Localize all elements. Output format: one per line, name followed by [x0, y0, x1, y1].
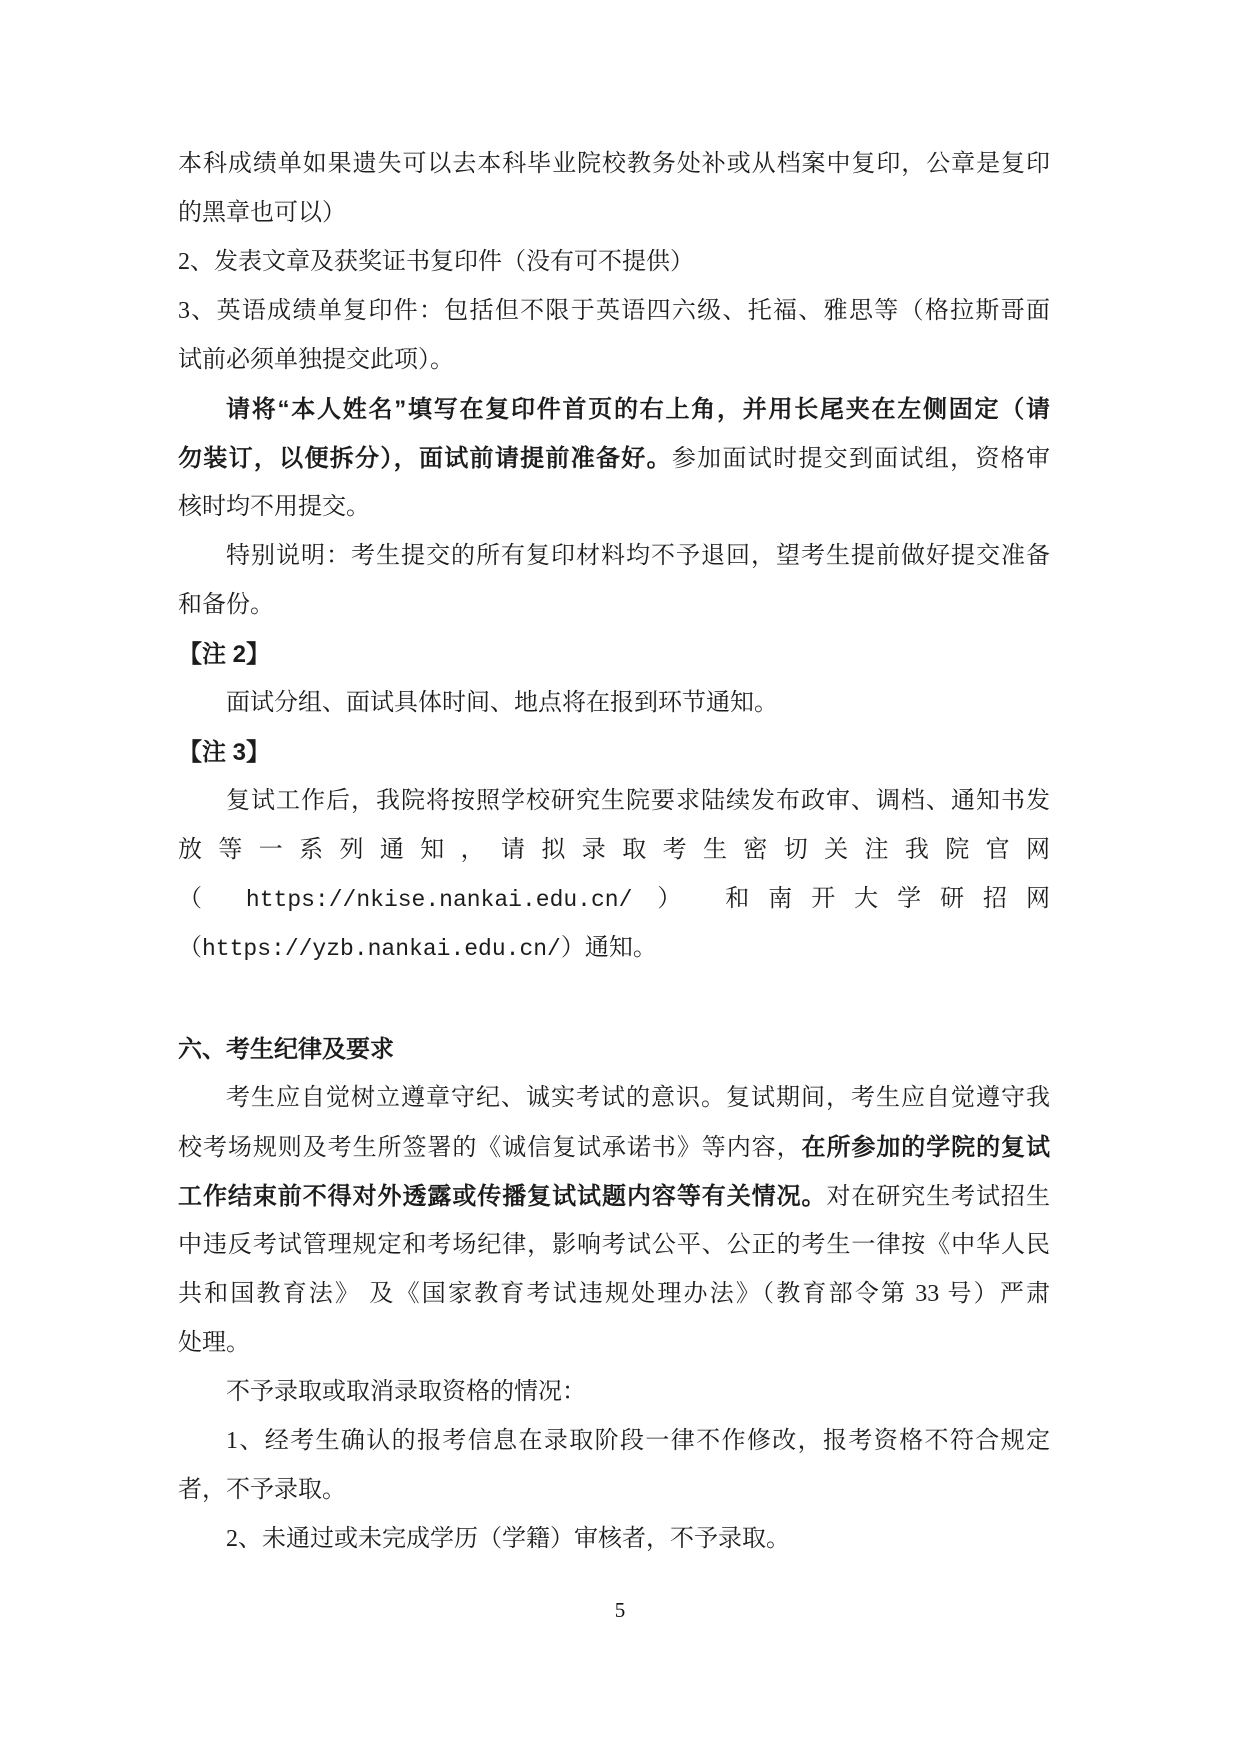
- text-line: 放等一系列通知，请拟录取考生密切关注我院官网: [178, 826, 1050, 875]
- bold-text-segment: 【注 3】: [178, 739, 270, 766]
- bold-text-segment: 请将“本人姓名”填写在复印件首页的右上角，并用长尾夹在左侧固定（请: [226, 396, 1050, 423]
- text-segment: 中违反考试管理规定和考场纪律，影响考试公平、公正的考生一律按《中华人民: [178, 1232, 1050, 1258]
- text-line: 面试分组、面试具体时间、地点将在报到环节通知。: [178, 679, 1050, 728]
- bold-text-segment: 勿装订，以便拆分），面试前请提前准备好。: [178, 445, 672, 472]
- text-line: 考生应自觉树立遵章守纪、诚实考试的意识。复试期间，考生应自觉遵守我: [178, 1074, 1050, 1123]
- text-segment: 对在研究生考试招生: [826, 1184, 1050, 1210]
- text-line: 不予录取或取消录取资格的情况：: [178, 1368, 1050, 1417]
- text-segment: 核时均不用提交。: [178, 494, 370, 520]
- text-line: 处理。: [178, 1319, 1050, 1368]
- note-2-heading: 【注 2】: [178, 630, 1050, 679]
- bold-text-segment: 六、考生纪律及要求: [178, 1036, 394, 1063]
- text-segment: （: [178, 886, 246, 912]
- text-segment: 参加面试时提交到面试组，资格审: [672, 446, 1050, 472]
- text-segment: 校考场规则及考生所签署的《诚信复试承诺书》等内容，: [178, 1135, 802, 1161]
- url-text: https://nkise.nankai.edu.cn/: [246, 887, 632, 913]
- text-line: 核时均不用提交。: [178, 483, 1050, 532]
- text-segment: 复试工作后，我院将按照学校研究生院要求陆续发布政审、调档、通知书发: [226, 788, 1050, 814]
- list-item-2: 2、发表文章及获奖证书复印件（没有可不提供）: [178, 238, 1050, 287]
- bold-text-segment: 【注 2】: [178, 641, 270, 668]
- url-text: https://yzb.nankai.edu.cn/: [202, 936, 561, 962]
- text-line: 校考场规则及考生所签署的《诚信复试承诺书》等内容，在所参加的学院的复试: [178, 1123, 1050, 1172]
- text-line: 试前必须单独提交此项）。: [178, 336, 1050, 385]
- text-line-url: （https://yzb.nankai.edu.cn/）通知。: [178, 924, 1050, 973]
- section-heading: 六、考生纪律及要求: [178, 1025, 1050, 1074]
- text-segment: 面试分组、面试具体时间、地点将在报到环节通知。: [226, 690, 778, 716]
- text-segment: 试前必须单独提交此项）。: [178, 347, 454, 373]
- text-segment: 考生应自觉树立遵章守纪、诚实考试的意识。复试期间，考生应自觉遵守我: [226, 1085, 1050, 1111]
- document-body: 本科成绩单如果遗失可以去本科毕业院校教务处补或从档案中复印，公章是复印的黑章也可…: [178, 140, 1050, 1564]
- text-line: 本科成绩单如果遗失可以去本科毕业院校教务处补或从档案中复印，公章是复印: [178, 140, 1050, 189]
- text-segment: 不予录取或取消录取资格的情况：: [226, 1379, 586, 1405]
- list-item-1: 1、经考生确认的报考信息在录取阶段一律不作修改，报考资格不符合规定: [178, 1417, 1050, 1466]
- list-item-3: 3、英语成绩单复印件：包括但不限于英语四六级、托福、雅思等（格拉斯哥面: [178, 287, 1050, 336]
- text-segment: 和南开大学研招网: [725, 886, 1050, 912]
- page-number: 5: [0, 1598, 1240, 1623]
- text-segment: 处理。: [178, 1330, 250, 1356]
- text-segment: 放等一系列通知，请拟录取考生密切关注我院官网: [178, 837, 1050, 863]
- text-line: 中违反考试管理规定和考场纪律，影响考试公平、公正的考生一律按《中华人民: [178, 1221, 1050, 1270]
- text-line: 和备份。: [178, 581, 1050, 630]
- note-3-heading: 【注 3】: [178, 728, 1050, 777]
- text-segment: 的黑章也可以）: [178, 200, 346, 226]
- text-line: 请将“本人姓名”填写在复印件首页的右上角，并用长尾夹在左侧固定（请: [178, 385, 1050, 434]
- text-segment: 2、发表文章及获奖证书复印件（没有可不提供）: [178, 249, 694, 275]
- text-segment: 特别说明：考生提交的所有复印材料均不予退回，望考生提前做好提交准备: [226, 543, 1050, 569]
- text-segment: 1、经考生确认的报考信息在录取阶段一律不作修改，报考资格不符合规定: [226, 1428, 1050, 1454]
- text-line: 的黑章也可以）: [178, 189, 1050, 238]
- text-segment: 共和国教育法》 及《国家教育考试违规处理办法》（教育部令第 33 号）严肃: [178, 1281, 1050, 1307]
- text-segment: ）: [632, 886, 725, 912]
- text-line: 复试工作后，我院将按照学校研究生院要求陆续发布政审、调档、通知书发: [178, 777, 1050, 826]
- text-segment: 2、未通过或未完成学历（学籍）审核者，不予录取。: [226, 1526, 790, 1552]
- document-page: 本科成绩单如果遗失可以去本科毕业院校教务处补或从档案中复印，公章是复印的黑章也可…: [0, 0, 1240, 1754]
- text-segment: 3、英语成绩单复印件：包括但不限于英语四六级、托福、雅思等（格拉斯哥面: [178, 298, 1050, 324]
- text-line: 工作结束前不得对外透露或传播复试试题内容等有关情况。对在研究生考试招生: [178, 1172, 1050, 1221]
- text-line: 共和国教育法》 及《国家教育考试违规处理办法》（教育部令第 33 号）严肃: [178, 1270, 1050, 1319]
- text-line-url: （ https://nkise.nankai.edu.cn/ ） 和南开大学研招…: [178, 875, 1050, 924]
- bold-text-segment: 工作结束前不得对外透露或传播复试试题内容等有关情况。: [178, 1183, 826, 1210]
- text-segment: ）通知。: [561, 935, 657, 961]
- text-line: 者，不予录取。: [178, 1466, 1050, 1515]
- bold-text-segment: 在所参加的学院的复试: [802, 1134, 1050, 1161]
- text-line: 勿装订，以便拆分），面试前请提前准备好。参加面试时提交到面试组，资格审: [178, 434, 1050, 483]
- text-line: 特别说明：考生提交的所有复印材料均不予退回，望考生提前做好提交准备: [178, 532, 1050, 581]
- text-segment: 和备份。: [178, 592, 274, 618]
- text-segment: 者，不予录取。: [178, 1477, 346, 1503]
- text-segment: （: [178, 935, 202, 961]
- list-item-2b: 2、未通过或未完成学历（学籍）审核者，不予录取。: [178, 1515, 1050, 1564]
- text-segment: 本科成绩单如果遗失可以去本科毕业院校教务处补或从档案中复印，公章是复印: [178, 151, 1050, 177]
